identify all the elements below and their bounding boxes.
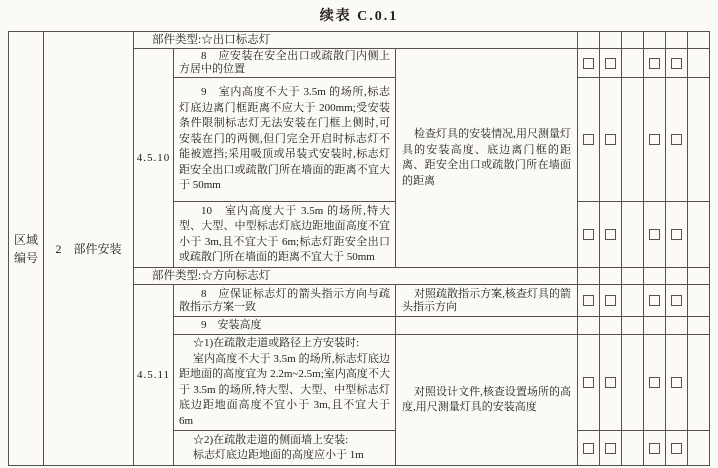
- checkbox-cell-empty: [688, 285, 710, 317]
- requirement-direction-item8: 8 应保证标志灯的箭头指示方向与疏散指示方案一致: [174, 285, 396, 317]
- checkbox-cell-empty: [600, 32, 622, 49]
- requirement-sub1-title: ☆1)在疏散走道或路径上方安装时:: [179, 336, 390, 352]
- checkbox[interactable]: [605, 134, 616, 145]
- checkbox-cell: [600, 285, 622, 317]
- checkbox-cell-empty: [644, 268, 666, 285]
- checkbox-cell: [666, 285, 688, 317]
- checkbox[interactable]: [671, 58, 682, 69]
- requirement-exit-item9: 9 室内高度不大于 3.5m 的场所,标志灯底边离门框距离不应大于 200mm;…: [174, 78, 396, 202]
- checkbox-cell-empty: [622, 49, 644, 78]
- band-exit-sign: 部件类型:☆出口标志灯: [134, 32, 578, 49]
- checkbox-cell: [578, 202, 600, 268]
- checkbox-cell-empty: [578, 317, 600, 335]
- checkbox[interactable]: [649, 295, 660, 306]
- checkbox-cell-empty: [666, 268, 688, 285]
- checkbox[interactable]: [583, 134, 594, 145]
- checkbox-cell-empty: [600, 268, 622, 285]
- clause-number: 4.5.10: [134, 152, 173, 164]
- checkbox-cell: [666, 78, 688, 202]
- band-direction-sign: 部件类型:☆方向标志灯: [134, 268, 578, 285]
- checkbox-cell: [644, 335, 666, 431]
- requirement-text: 10 室内高度大于 3.5m 的场所,特大型、大型、中型标志灯底边距地面高度不宜…: [179, 204, 390, 266]
- checkbox-cell-empty: [622, 78, 644, 202]
- requirement-sub1-body: 室内高度不大于 3.5m 的场所,标志灯底边距地面的高度宜为 2.2m~2.5m…: [179, 352, 390, 430]
- requirement-direction-item9: 9 安装高度: [174, 317, 396, 335]
- requirement-text: 9 室内高度不大于 3.5m 的场所,标志灯底边离门框距离不应大于 200mm;…: [179, 85, 390, 194]
- checkbox[interactable]: [671, 295, 682, 306]
- requirement-exit-item8: 8 应安装在安全出口或疏散门内侧上方居中的位置: [174, 49, 396, 78]
- checkbox-cell-empty: [600, 317, 622, 335]
- checkbox-cell: [644, 202, 666, 268]
- checkbox-cell-empty: [666, 317, 688, 335]
- checkbox-cell-empty: [666, 32, 688, 49]
- checkbox-cell: [666, 335, 688, 431]
- checkbox-cell-empty: [622, 32, 644, 49]
- requirement-text: 9 安装高度: [179, 319, 390, 332]
- checkbox-cell: [600, 431, 622, 466]
- clause-cell-4510: 4.5.10: [134, 49, 174, 268]
- scanned-document-page: 续表 C.0.1 区域 编号 2 部件安装 部件类型:☆出口标志灯: [0, 0, 718, 468]
- checkbox-cell: [644, 49, 666, 78]
- checkbox[interactable]: [649, 443, 660, 454]
- checkbox-cell: [578, 285, 600, 317]
- checkbox-cell-empty: [688, 202, 710, 268]
- checkbox-cell-empty: [688, 317, 710, 335]
- checkbox-cell-empty: [622, 317, 644, 335]
- checkbox[interactable]: [583, 58, 594, 69]
- checkbox-cell-empty: [688, 335, 710, 431]
- checkbox[interactable]: [649, 134, 660, 145]
- band-direction-sign-label: 部件类型:☆方向标志灯: [134, 269, 577, 284]
- checkbox[interactable]: [649, 229, 660, 240]
- checkbox-cell: [600, 49, 622, 78]
- inspection-text: 对照设计文件,核查设置场所的高度,用尺测量灯具的安装高度: [402, 385, 571, 416]
- checkbox[interactable]: [649, 377, 660, 388]
- component-install-header: 2 部件安装: [44, 32, 134, 466]
- checkbox[interactable]: [583, 443, 594, 454]
- requirement-exit-item10: 10 室内高度大于 3.5m 的场所,特大型、大型、中型标志灯底边距地面高度不宜…: [174, 202, 396, 268]
- checkbox-cell-empty: [578, 32, 600, 49]
- clause-cell-4511: 4.5.11: [134, 285, 174, 466]
- checkbox[interactable]: [649, 58, 660, 69]
- requirement-direction-sub2: ☆2)在疏散走道的侧面墙上安装: 标志灯底边距地面的高度应小于 1m: [174, 431, 396, 466]
- requirement-text: 8 应安装在安全出口或疏散门内侧上方居中的位置: [179, 50, 390, 76]
- checkbox[interactable]: [605, 295, 616, 306]
- checkbox-cell: [578, 431, 600, 466]
- checkbox-cell-empty: [622, 335, 644, 431]
- table-title: 续表 C.0.1: [0, 5, 718, 25]
- inspection-text: 检查灯具的安装情况,用尺测量灯具的安装高度、底边离门框的距离、距安全出口或疏散门…: [402, 127, 571, 189]
- checkbox-cell: [666, 431, 688, 466]
- checkbox-cell: [600, 335, 622, 431]
- checkbox-cell: [666, 49, 688, 78]
- inspection-table: 区域 编号 2 部件安装 部件类型:☆出口标志灯 4.5.10 8 应: [8, 31, 710, 466]
- inspection-cell-empty: [396, 317, 578, 335]
- checkbox-cell-empty: [688, 78, 710, 202]
- checkbox-cell: [644, 78, 666, 202]
- requirement-sub2-title: ☆2)在疏散走道的侧面墙上安装:: [179, 433, 390, 449]
- checkbox-cell-empty: [644, 32, 666, 49]
- checkbox-cell: [578, 49, 600, 78]
- checkbox-cell-empty: [622, 268, 644, 285]
- checkbox[interactable]: [583, 229, 594, 240]
- checkbox-cell-empty: [622, 431, 644, 466]
- checkbox[interactable]: [583, 377, 594, 388]
- checkbox[interactable]: [671, 229, 682, 240]
- checkbox[interactable]: [583, 295, 594, 306]
- clause-number: 4.5.11: [134, 369, 173, 381]
- checkbox-cell-empty: [688, 32, 710, 49]
- checkbox-cell-empty: [644, 317, 666, 335]
- checkbox-cell-empty: [622, 202, 644, 268]
- inspection-text: 对照疏散指示方案,核查灯具的箭头指示方向: [402, 288, 571, 314]
- checkbox[interactable]: [605, 443, 616, 454]
- checkbox-cell: [666, 202, 688, 268]
- inspection-method-exit: 检查灯具的安装情况,用尺测量灯具的安装高度、底边离门框的距离、距安全出口或疏散门…: [396, 49, 578, 268]
- requirement-direction-sub1: ☆1)在疏散走道或路径上方安装时: 室内高度不大于 3.5m 的场所,标志灯底边…: [174, 335, 396, 431]
- checkbox[interactable]: [671, 443, 682, 454]
- checkbox-cell: [578, 78, 600, 202]
- component-install-label: 2 部件安装: [44, 240, 133, 258]
- band-exit-sign-label: 部件类型:☆出口标志灯: [134, 33, 577, 48]
- checkbox[interactable]: [605, 58, 616, 69]
- region-number-header: 区域 编号: [9, 32, 44, 466]
- checkbox-cell-empty: [688, 268, 710, 285]
- inspection-method-direction-item8: 对照疏散指示方案,核查灯具的箭头指示方向: [396, 285, 578, 317]
- checkbox-cell-empty: [578, 268, 600, 285]
- checkbox[interactable]: [605, 229, 616, 240]
- checkbox-cell-empty: [688, 431, 710, 466]
- checkbox[interactable]: [671, 134, 682, 145]
- region-number-line1: 区域: [9, 231, 43, 249]
- checkbox-cell: [600, 202, 622, 268]
- checkbox-cell-empty: [688, 49, 710, 78]
- checkbox[interactable]: [605, 377, 616, 388]
- checkbox-cell: [600, 78, 622, 202]
- requirement-sub2-body: 标志灯底边距地面的高度应小于 1m: [179, 448, 390, 464]
- checkbox-cell: [644, 431, 666, 466]
- region-number-line2: 编号: [9, 249, 43, 267]
- requirement-text: 8 应保证标志灯的箭头指示方向与疏散指示方案一致: [179, 288, 390, 314]
- checkbox[interactable]: [671, 377, 682, 388]
- checkbox-cell: [644, 285, 666, 317]
- checkbox-cell-empty: [622, 285, 644, 317]
- checkbox-cell: [578, 335, 600, 431]
- inspection-method-direction-height: 对照设计文件,核查设置场所的高度,用尺测量灯具的安装高度: [396, 335, 578, 466]
